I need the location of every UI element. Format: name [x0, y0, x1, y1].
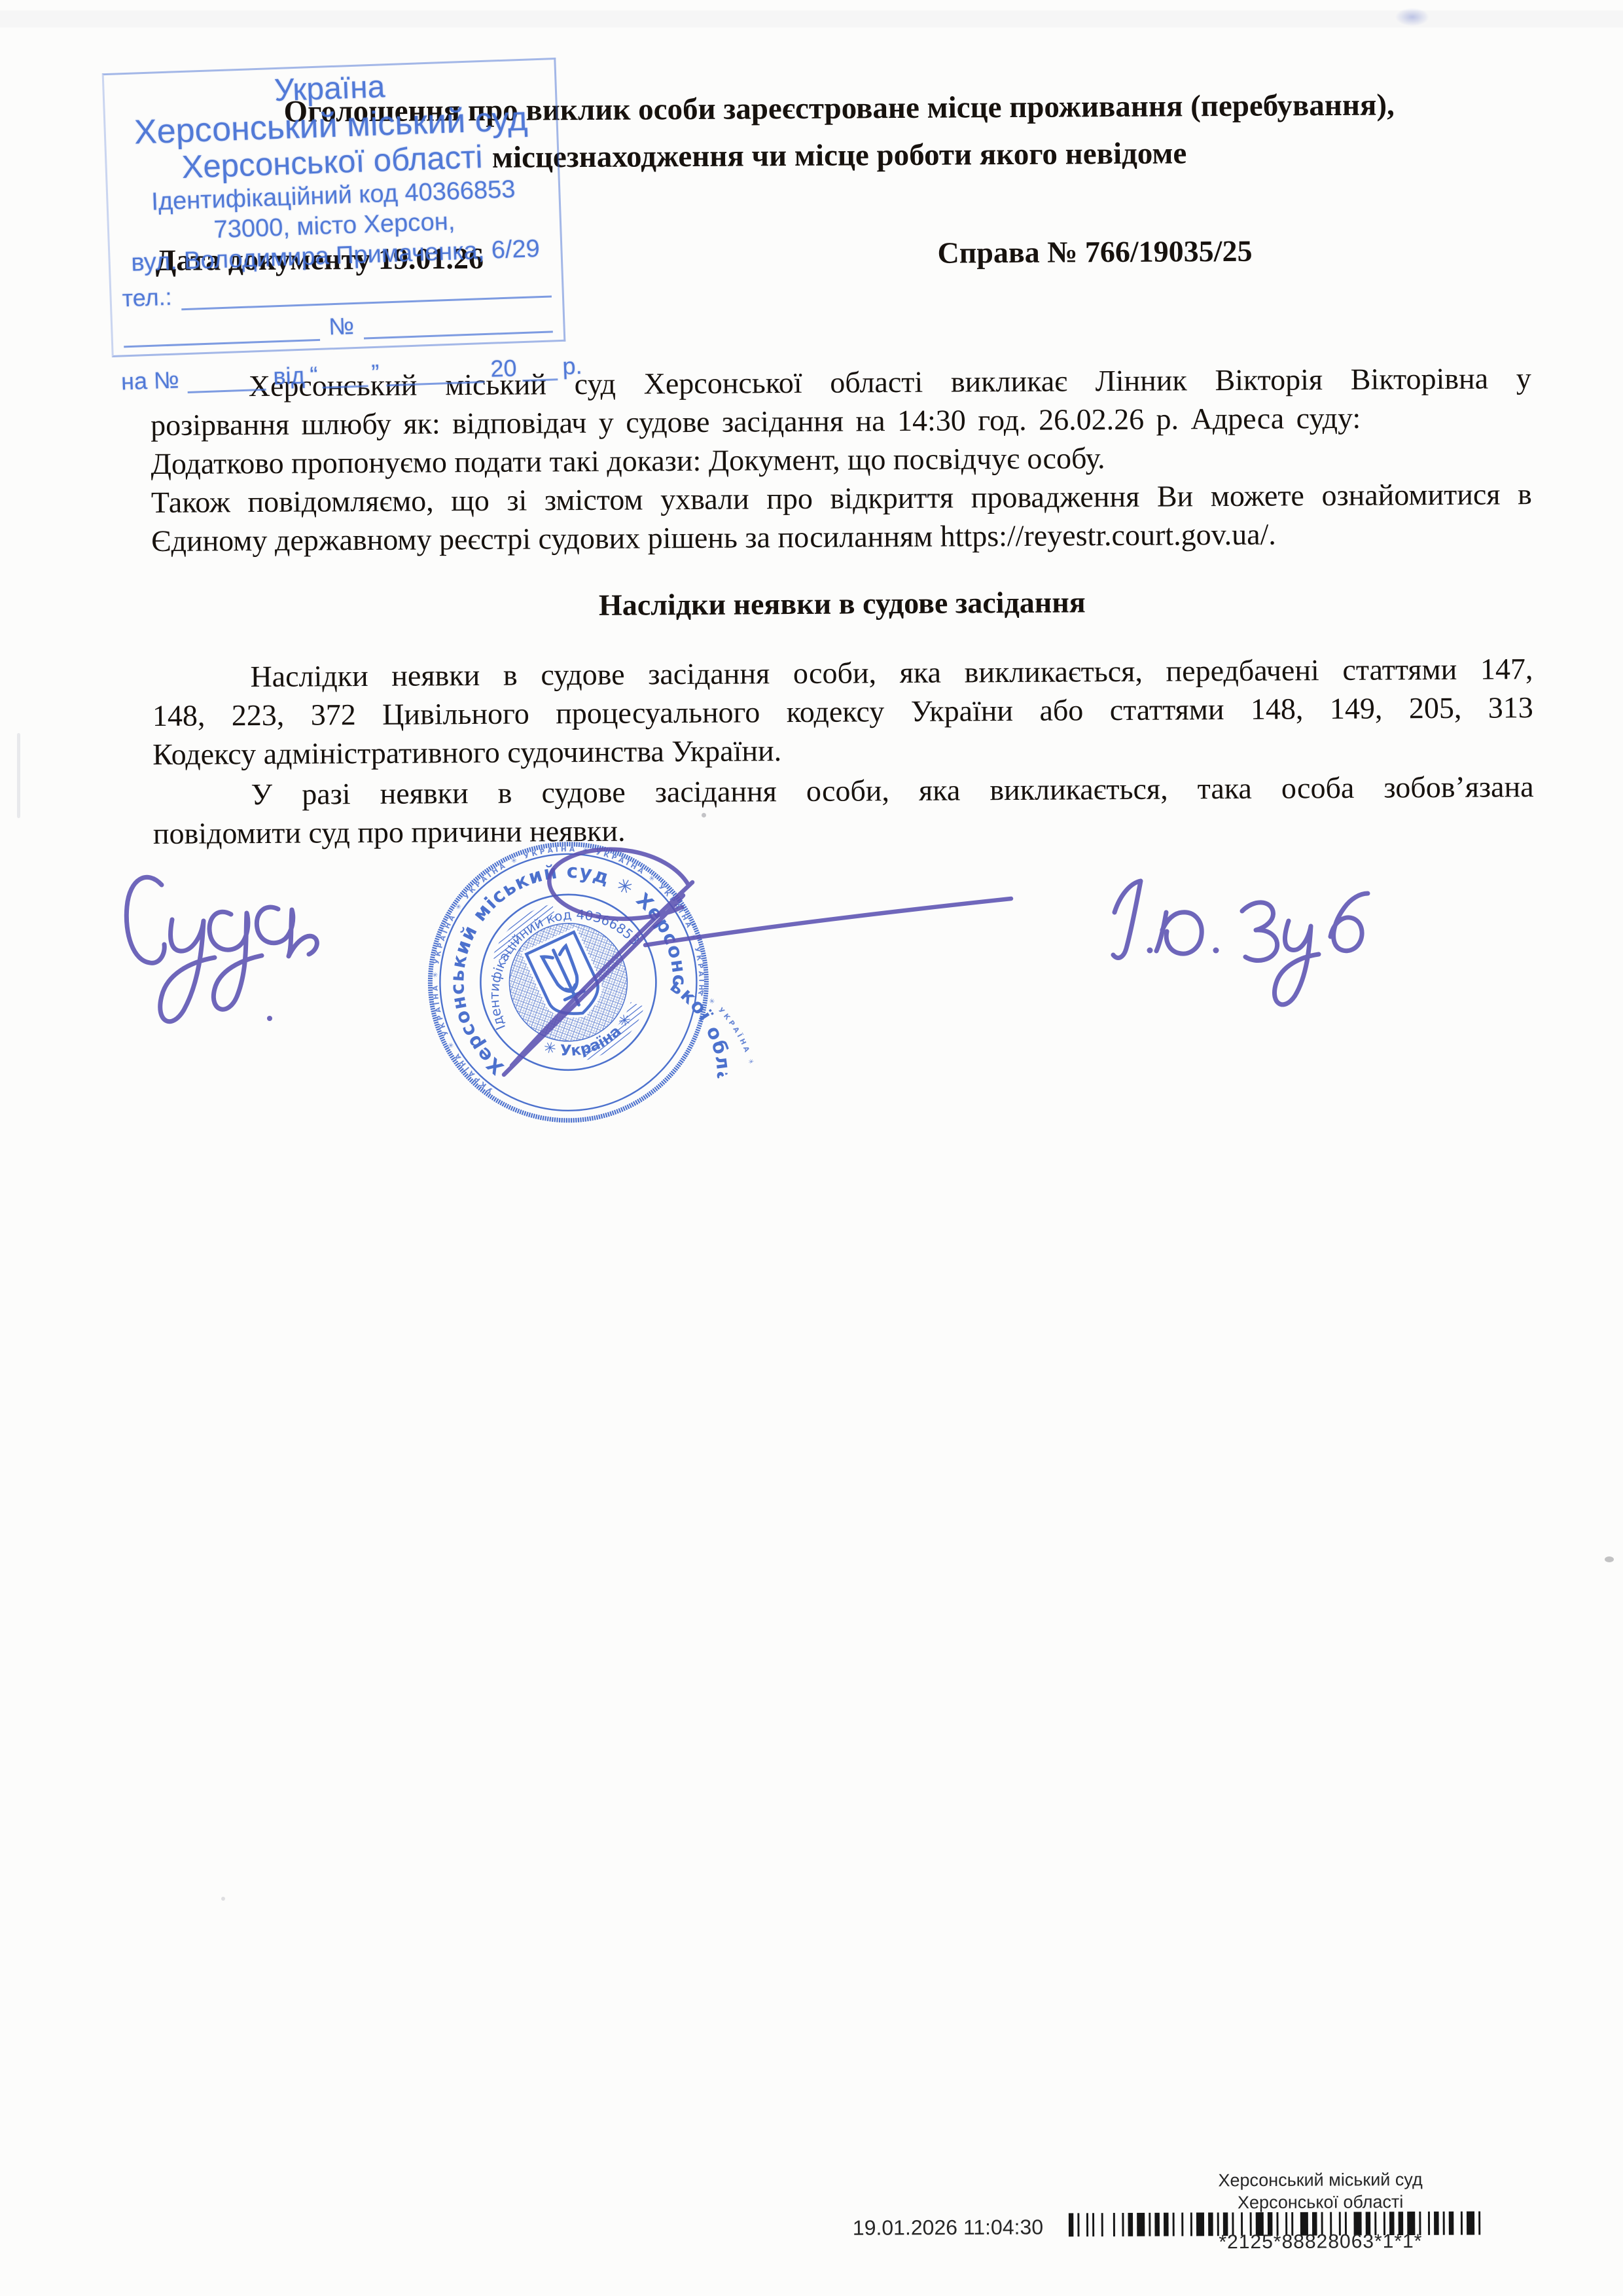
scan-mark	[17, 733, 20, 818]
scan-mark	[1605, 1556, 1614, 1562]
barcode-caption: *2125*88828063*1*1*	[1124, 2230, 1517, 2254]
judge-name-signature	[1113, 881, 1368, 1005]
pen-strokes-over-seal	[504, 850, 1011, 1075]
handwriting-layer	[0, 0, 1623, 2296]
scan-mark	[221, 1897, 225, 1901]
scan-edge-shadow	[0, 10, 1623, 27]
footer-court-line2: Херсонської області	[1124, 2191, 1517, 2214]
scan-mark	[702, 813, 706, 817]
footer-court-line1: Херсонський міський суд	[1124, 2168, 1516, 2191]
judge-signature	[126, 877, 317, 1021]
footer-datetime: 19.01.2026 11:04:30	[853, 2215, 1043, 2240]
